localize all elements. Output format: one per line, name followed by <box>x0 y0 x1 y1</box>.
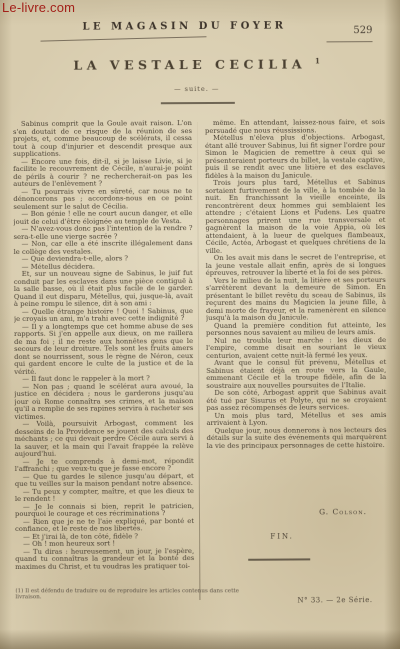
title-rule <box>161 102 235 104</box>
paragraph: — Il y a longtemps que cet homme abuse d… <box>14 323 193 376</box>
end-rule <box>248 558 310 560</box>
article-subtitle: — suite. — <box>0 84 395 94</box>
paragraph: Vers le milieu de la nuit, la litière et… <box>206 277 386 323</box>
left-column: Sabinus comprit que la Goule avait raiso… <box>13 120 194 587</box>
paragraph: — Voilà, poursuivit Arbogast, comment le… <box>15 420 194 458</box>
page-content: LE MAGASIN DU FOYER 529 LA VESTALE CECIL… <box>0 0 400 649</box>
paragraph: — Je te comprends à demi-mot, répondit l… <box>15 458 194 474</box>
paragraph: On les avait mis dans le secret de l'ent… <box>206 254 386 277</box>
paragraph: Un mois plus tard, Métellus et ses amis … <box>206 412 386 428</box>
article-title-text: LA VESTALE CECILIA <box>73 57 306 73</box>
paragraph: — Tu diras : heureusement, un jour, je l… <box>15 548 194 571</box>
paragraph: Sabinus comprit que la Goule avait raiso… <box>13 120 192 158</box>
paragraph: — Je le connais si bien, reprit le patri… <box>15 503 194 519</box>
scanned-page: Le-livre.com LE MAGASIN DU FOYER 529 LA … <box>0 0 400 649</box>
paragraph: Trois jours plus tard, Métellus et Sabin… <box>205 179 385 255</box>
paragraph: Métellus n'éleva plus d'objections. Arbo… <box>205 134 385 180</box>
paragraph: — Tu pourrais vivre en sûreté, car nous … <box>13 188 192 211</box>
paragraph: — Tu peux y compter, maître, et que les … <box>15 488 194 504</box>
paragraph: — Rien que je ne te l'aie expliqué, par … <box>15 518 194 534</box>
issue-label: N° 33. — 2e Série. <box>297 596 387 604</box>
article-title: LA VESTALE CECILIA 1 <box>0 56 395 73</box>
paragraph: Et, sur un nouveau signe de Sabinus, le … <box>14 270 193 308</box>
paragraph: — Encore une fois, dit-il, si je laisse … <box>13 158 192 189</box>
header-rule-right <box>327 41 373 42</box>
paragraph: Avant que le consul fût prévenu, Métellu… <box>206 359 386 390</box>
paragraph: Quelque jour, nous donnerons à nos lecte… <box>207 427 387 450</box>
author-signature: G. Colson. <box>207 507 367 517</box>
paragraph: — Que tu gardes le silence jusqu'au dépa… <box>15 473 194 489</box>
page-number: 529 <box>353 25 372 36</box>
fin-label: FIN. <box>207 532 357 541</box>
right-column: même. En attendant, laissez-nous faire, … <box>205 119 387 480</box>
column-divider-rule <box>197 122 201 600</box>
footnote-text: (1) Il est défendu de traduire ou de rep… <box>15 588 263 600</box>
paragraph: De son côté, Arbogast apprit que Sabinus… <box>206 389 386 412</box>
paragraph: Nul ne troubla leur marche : les dieux d… <box>206 337 386 360</box>
masthead-title: LE MAGASIN DU FOYER <box>0 20 370 33</box>
title-footnote-mark: 1 <box>315 56 320 65</box>
header-rule-left <box>41 36 207 41</box>
paragraph: Quand la première condition fut atteinte… <box>206 322 386 338</box>
paragraph: — Non pas ; quand le scélérat aura avoué… <box>14 383 193 421</box>
paragraph: — Quelle étrange histoire ! Quoi ! Sabin… <box>14 308 193 324</box>
